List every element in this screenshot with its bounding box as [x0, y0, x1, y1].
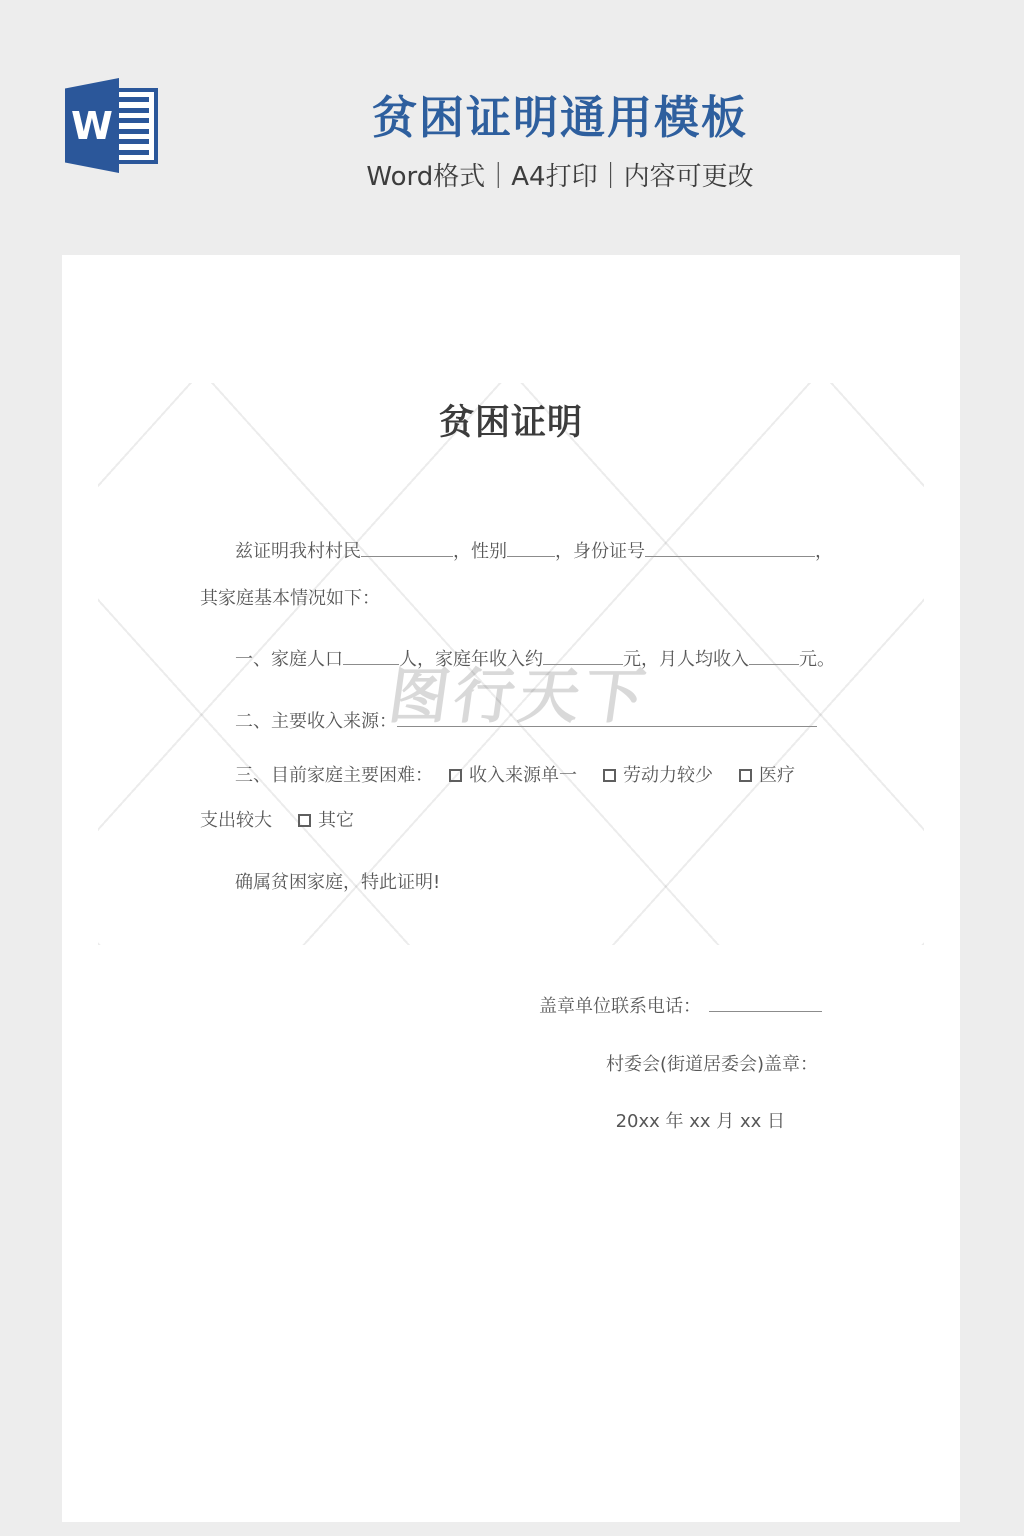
- closing-line: 确属贫困家庭，特此证明!: [200, 870, 884, 896]
- item3-line-2: 支出较大其它: [200, 808, 884, 834]
- word-icon-flap: W: [65, 78, 119, 173]
- seal-line: 村委会(街道居委会)盖章：: [606, 1052, 818, 1078]
- blank-field-family-size[interactable]: [343, 648, 399, 665]
- blank-field-annual-income[interactable]: [543, 648, 623, 665]
- item1-seg-2: 人，家庭年收入约: [399, 649, 543, 670]
- phone-label: 盖章单位联系电话：: [539, 996, 701, 1017]
- blank-field-monthly-income[interactable]: [749, 648, 799, 665]
- item1-line: 一、家庭人口人，家庭年收入约元，月人均收入元。: [200, 647, 884, 673]
- item3-option-4: 其它: [318, 810, 354, 831]
- item3-option-3-cont: 支出较大: [200, 810, 272, 831]
- intro-line-1: 兹证明我村村民，性别，身份证号，: [200, 539, 884, 565]
- checkbox-medical[interactable]: [739, 769, 752, 782]
- item3-label: 三、目前家庭主要困难：: [235, 765, 433, 786]
- item2-label: 二、主要收入来源：: [235, 711, 397, 732]
- item3-option-3: 医疗: [759, 765, 795, 786]
- item3-option-1: 收入来源单一: [469, 765, 577, 786]
- page-subtitle: Word格式｜A4打印｜内容可更改: [200, 156, 920, 193]
- word-icon-letter: W: [71, 104, 113, 148]
- intro-seg-4: ，: [815, 541, 833, 562]
- blank-field-phone[interactable]: [709, 995, 822, 1012]
- checkbox-less-labor[interactable]: [603, 769, 616, 782]
- document-title: 贫困证明: [62, 395, 960, 445]
- intro-seg-1: 兹证明我村村民: [235, 541, 361, 562]
- intro-line-2: 其家庭基本情况如下：: [200, 586, 884, 612]
- item3-option-2: 劳动力较少: [623, 765, 713, 786]
- item1-seg-4: 元。: [799, 649, 835, 670]
- phone-line: 盖章单位联系电话：: [539, 994, 822, 1020]
- blank-field-name[interactable]: [361, 540, 453, 557]
- checkbox-income-single[interactable]: [449, 769, 462, 782]
- blank-field-id-number[interactable]: [645, 540, 815, 557]
- date-line: 20xx 年 xx 月 xx 日: [616, 1109, 785, 1135]
- item1-seg-3: 元，月人均收入: [623, 649, 749, 670]
- item2-line: 二、主要收入来源：: [200, 709, 884, 735]
- intro-seg-3: ，身份证号: [555, 541, 645, 562]
- blank-field-gender[interactable]: [507, 540, 555, 557]
- intro-seg-2: ，性别: [453, 541, 507, 562]
- page-background: W 贫困证明通用模板 Word格式｜A4打印｜内容可更改 图行天下 贫困证明 兹…: [0, 0, 1024, 1536]
- item3-line-1: 三、目前家庭主要困难：收入来源单一劳动力较少医疗: [200, 763, 884, 789]
- document-card: 图行天下 贫困证明 兹证明我村村民，性别，身份证号， 其家庭基本情况如下： 一、…: [62, 255, 960, 1522]
- blank-field-income-source[interactable]: [397, 710, 817, 727]
- checkbox-other[interactable]: [298, 814, 311, 827]
- word-icon: W: [65, 78, 160, 173]
- page-title: 贫困证明通用模板: [200, 93, 920, 143]
- item1-seg-1: 一、家庭人口: [235, 649, 343, 670]
